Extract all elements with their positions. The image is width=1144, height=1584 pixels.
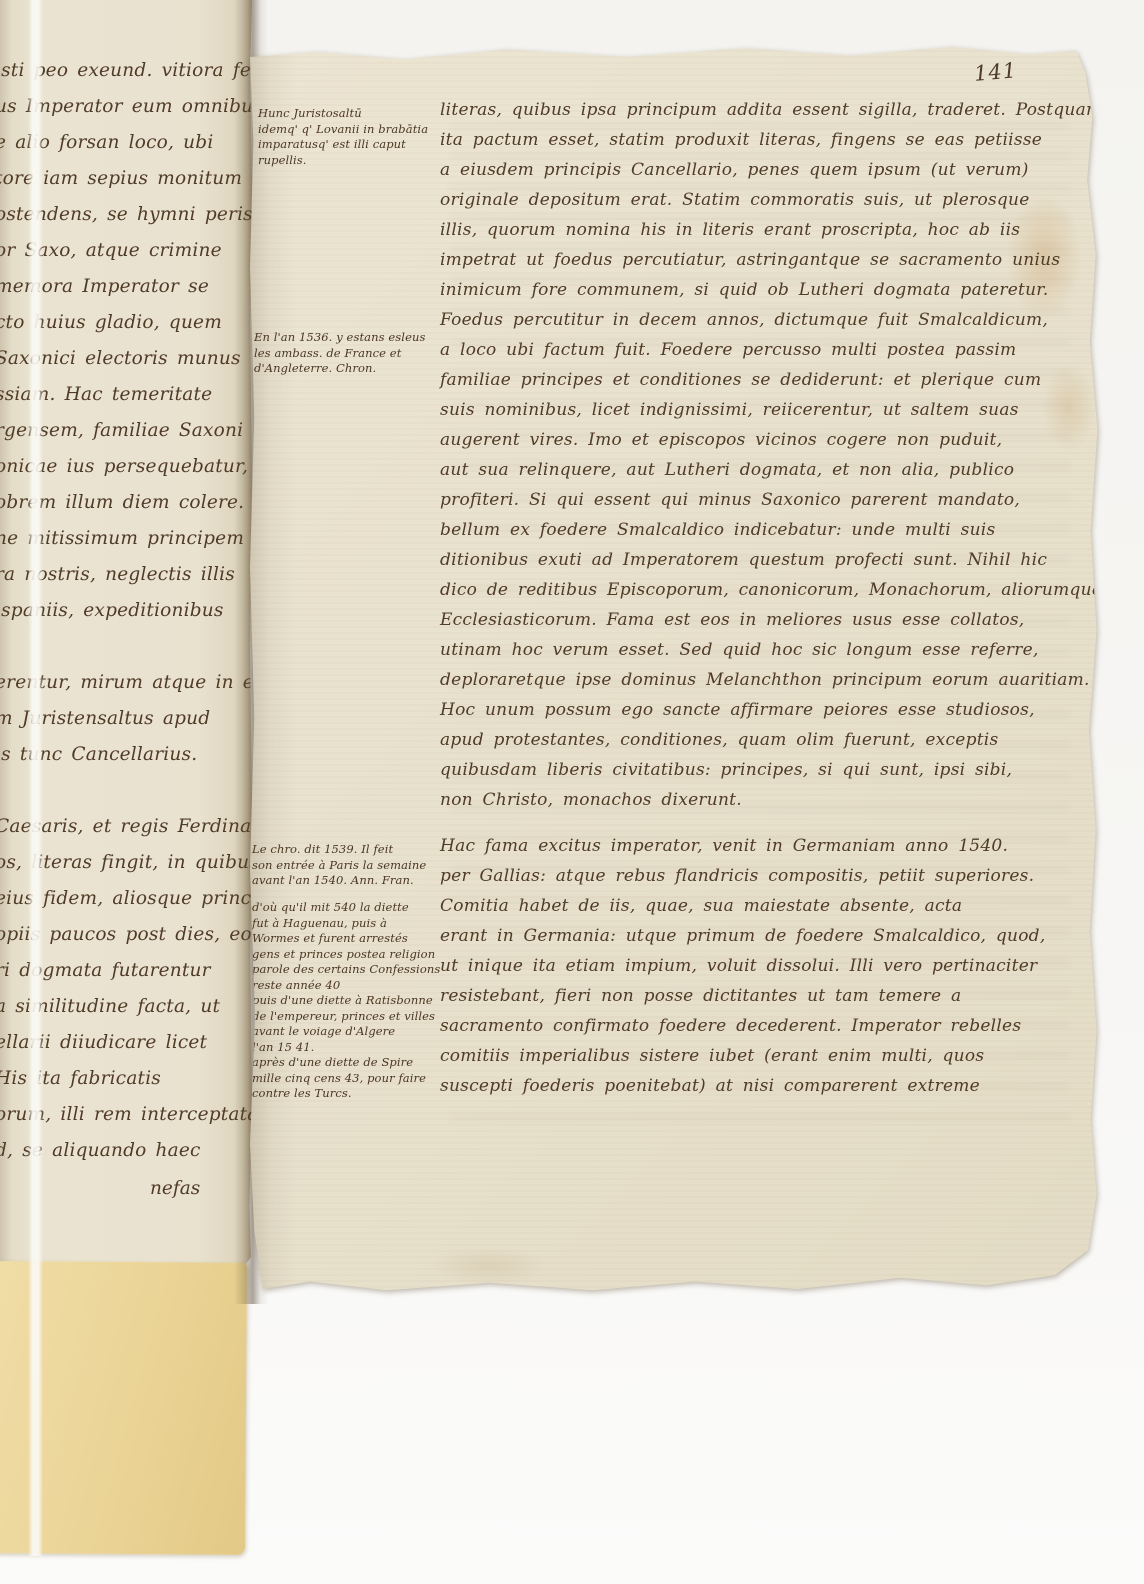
handwritten-line: erant in Germania: utque primum de foede… <box>440 926 1106 956</box>
left-page-text-column: isti peo exeund. vitiora ferrius Imperat… <box>0 60 252 1176</box>
handwritten-line: onicae ius persequebatur, <box>0 456 252 492</box>
handwritten-line: His ita fabricatis <box>0 1068 252 1104</box>
handwritten-line: os, literas fingit, in quibus <box>0 852 252 888</box>
margin-note-line: reste année 40 <box>252 978 444 994</box>
handwritten-line: e alio forsan loco, ubi <box>0 132 252 168</box>
margin-note-line: gens et princes postea religion <box>252 947 444 963</box>
handwritten-line: ra nostris, neglectis illis <box>0 564 252 600</box>
manuscript-scan: isti peo exeund. vitiora ferrius Imperat… <box>0 0 1144 1584</box>
handwritten-line: resistebant, fieri non posse dictitantes… <box>440 986 1106 1016</box>
page-number: 141 <box>973 58 1018 86</box>
margin-note-line: d'où qu'il mit 540 la diette <box>252 900 444 916</box>
margin-note-line: Le chro. dit 1539. Il feit <box>252 842 444 858</box>
main-paragraph-2: Hac fama excitus imperator, venit in Ger… <box>440 836 1106 1106</box>
handwritten-line: impetrat ut foedus percutiatur, astringa… <box>440 250 1106 280</box>
handwritten-line: us Imperator eum omnibus <box>0 96 252 132</box>
handwritten-line: aut sua relinquere, aut Lutheri dogmata,… <box>440 460 1106 490</box>
margin-note-1536: En l'an 1536. y estans esleusles ambass.… <box>254 330 446 377</box>
handwritten-line: Hac fama excitus imperator, venit in Ger… <box>440 836 1106 866</box>
margin-note-line: imparatusq' est illi caput <box>258 137 450 153</box>
handwritten-line: suscepti foederis poenitebat) at nisi co… <box>440 1076 1106 1106</box>
handwritten-line: Comitia habet de iis, quae, sua maiestat… <box>440 896 1106 926</box>
margin-note-line: contre les Turcs. <box>252 1086 444 1102</box>
margin-note-line: après d'une diette de Spire <box>252 1055 444 1071</box>
handwritten-line: Saxonici electoris munus <box>0 348 252 384</box>
handwritten-line: deploraretque ipse dominus Melanchthon p… <box>440 670 1106 700</box>
handwritten-line: ellarii diiudicare licet <box>0 1032 252 1068</box>
handwritten-word-nefas: nefas <box>150 1178 200 1199</box>
handwritten-line: augerent vires. Imo et episcopos vicinos… <box>440 430 1106 460</box>
handwritten-line: ne mitissimum principem <box>0 528 252 564</box>
handwritten-line: eius fidem, aliosque princi <box>0 888 252 924</box>
handwritten-line: a eiusdem principis Cancellario, penes q… <box>440 160 1106 190</box>
handwritten-line <box>0 636 252 672</box>
margin-note-line: rupellis. <box>258 153 450 169</box>
handwritten-line <box>0 780 252 816</box>
handwritten-line: ostendens, se hymni perisse <box>0 204 252 240</box>
handwritten-line: memora Imperator se <box>0 276 252 312</box>
handwritten-line: ispaniis, expeditionibus <box>0 600 252 636</box>
main-paragraph-1: literas, quibus ipsa principum addita es… <box>440 100 1106 820</box>
main-text-column: literas, quibus ipsa principum addita es… <box>440 100 1106 1106</box>
handwritten-line: tore iam sepius monitum <box>0 168 252 204</box>
handwritten-line: quibusdam liberis civitatibus: principes… <box>440 760 1106 790</box>
margin-note-1539: Le chro. dit 1539. Il feitson entrée à P… <box>252 842 444 889</box>
handwritten-line: Caesaris, et regis Ferdinan <box>0 816 252 852</box>
foxing-stain <box>430 1246 550 1286</box>
margin-note-line: son entrée à Paris la semaine <box>252 858 444 874</box>
margin-note-juristosaltus: Hunc Juristosaltūidemq' q' Lovanii in br… <box>258 106 450 168</box>
margin-note-line: puis d'une diette à Ratisbonne <box>252 993 444 1009</box>
handwritten-line: originale depositum erat. Statim commora… <box>440 190 1106 220</box>
margin-note-line: mille cinq cens 43, pour faire <box>252 1071 444 1087</box>
handwritten-line: ita pactum esset, statim produxit litera… <box>440 130 1106 160</box>
handwritten-line: a similitudine facta, ut <box>0 996 252 1032</box>
handwritten-line: dico de reditibus Episcoporum, canonicor… <box>440 580 1106 610</box>
handwritten-line: bellum ex foedere Smalcaldico indicebatu… <box>440 520 1106 550</box>
handwritten-line: per Gallias: atque rebus flandricis comp… <box>440 866 1106 896</box>
margin-note-line: avant le voiage d'Algere <box>252 1024 444 1040</box>
right-page-wrap: 141 literas, quibus ipsa principum addit… <box>250 42 1106 1294</box>
handwritten-line: illis, quorum nomina his in literis eran… <box>440 220 1106 250</box>
handwritten-line: ri dogmata futarentur <box>0 960 252 996</box>
handwritten-line: cto huius gladio, quem <box>0 312 252 348</box>
margin-note-line: l'an 15 41. <box>252 1040 444 1056</box>
margin-note-line: Wormes et furent arrestés <box>252 931 444 947</box>
handwritten-line: Ecclesiasticorum. Fama est eos in melior… <box>440 610 1106 640</box>
handwritten-line: ut inique ita etiam impium, voluit disso… <box>440 956 1106 986</box>
handwritten-line: profiteri. Si qui essent qui minus Saxon… <box>440 490 1106 520</box>
handwritten-line: m Juristensaltus apud <box>0 708 252 744</box>
handwritten-line: comitiis imperialibus sistere iubet (era… <box>440 1046 1106 1076</box>
handwritten-line: is tunc Cancellarius. <box>0 744 252 780</box>
right-page: 141 literas, quibus ipsa principum addit… <box>250 42 1106 1294</box>
margin-note-line: de l'empereur, princes et villes <box>252 1009 444 1025</box>
handwritten-line: rgensem, familiae Saxoni <box>0 420 252 456</box>
margin-note-line: d'Angleterre. Chron. <box>254 361 446 377</box>
handwritten-line: obrem illum diem colere. <box>0 492 252 528</box>
handwritten-line: inimicum fore communem, si quid ob Luthe… <box>440 280 1106 310</box>
handwritten-line: d, se aliquando haec <box>0 1140 252 1176</box>
handwritten-line: Foedus percutitur in decem annos, dictum… <box>440 310 1106 340</box>
handwritten-line: familiae principes et conditiones se ded… <box>440 370 1106 400</box>
handwritten-line: Hoc unum possum ego sancte affirmare pei… <box>440 700 1106 730</box>
margin-note-line: idemq' q' Lovanii in brabātia <box>258 122 450 138</box>
handwritten-line: suis nominibus, licet indignissimi, reii… <box>440 400 1106 430</box>
margin-note-line: les ambass. de France et <box>254 346 446 362</box>
margin-note-line: avant l'an 1540. Ann. Fran. <box>252 873 444 889</box>
margin-note-diets: d'où qu'il mit 540 la diettefut à Haguen… <box>252 900 444 1102</box>
handwritten-line: sacramento confirmato foedere decederent… <box>440 1016 1106 1046</box>
handwritten-line: apud protestantes, conditiones, quam oli… <box>440 730 1106 760</box>
yellow-sheet <box>0 1261 247 1555</box>
handwritten-line: ssiam. Hac temeritate <box>0 384 252 420</box>
handwritten-line: a loco ubi factum fuit. Foedere percusso… <box>440 340 1106 370</box>
margin-note-line: Hunc Juristosaltū <box>258 106 450 122</box>
handwritten-line: erentur, mirum atque in eum <box>0 672 252 708</box>
handwritten-line: opiis paucos post dies, eo <box>0 924 252 960</box>
margin-note-line: parole des certains Confessions <box>252 962 444 978</box>
margin-note-line: fut à Haguenau, puis à <box>252 916 444 932</box>
handwritten-line: utinam hoc verum esset. Sed quid hoc sic… <box>440 640 1106 670</box>
margin-note-line: En l'an 1536. y estans esleus <box>254 330 446 346</box>
handwritten-line: isti peo exeund. vitiora ferri <box>0 60 252 96</box>
handwritten-line: or Saxo, atque crimine <box>0 240 252 276</box>
handwritten-line: ditionibus exuti ad Imperatorem questum … <box>440 550 1106 580</box>
handwritten-line: orum, illi rem interceptatam <box>0 1104 252 1140</box>
handwritten-line: literas, quibus ipsa principum addita es… <box>440 100 1106 130</box>
handwritten-line: non Christo, monachos dixerunt. <box>440 790 1106 820</box>
left-page: isti peo exeund. vitiora ferrius Imperat… <box>0 0 252 1296</box>
